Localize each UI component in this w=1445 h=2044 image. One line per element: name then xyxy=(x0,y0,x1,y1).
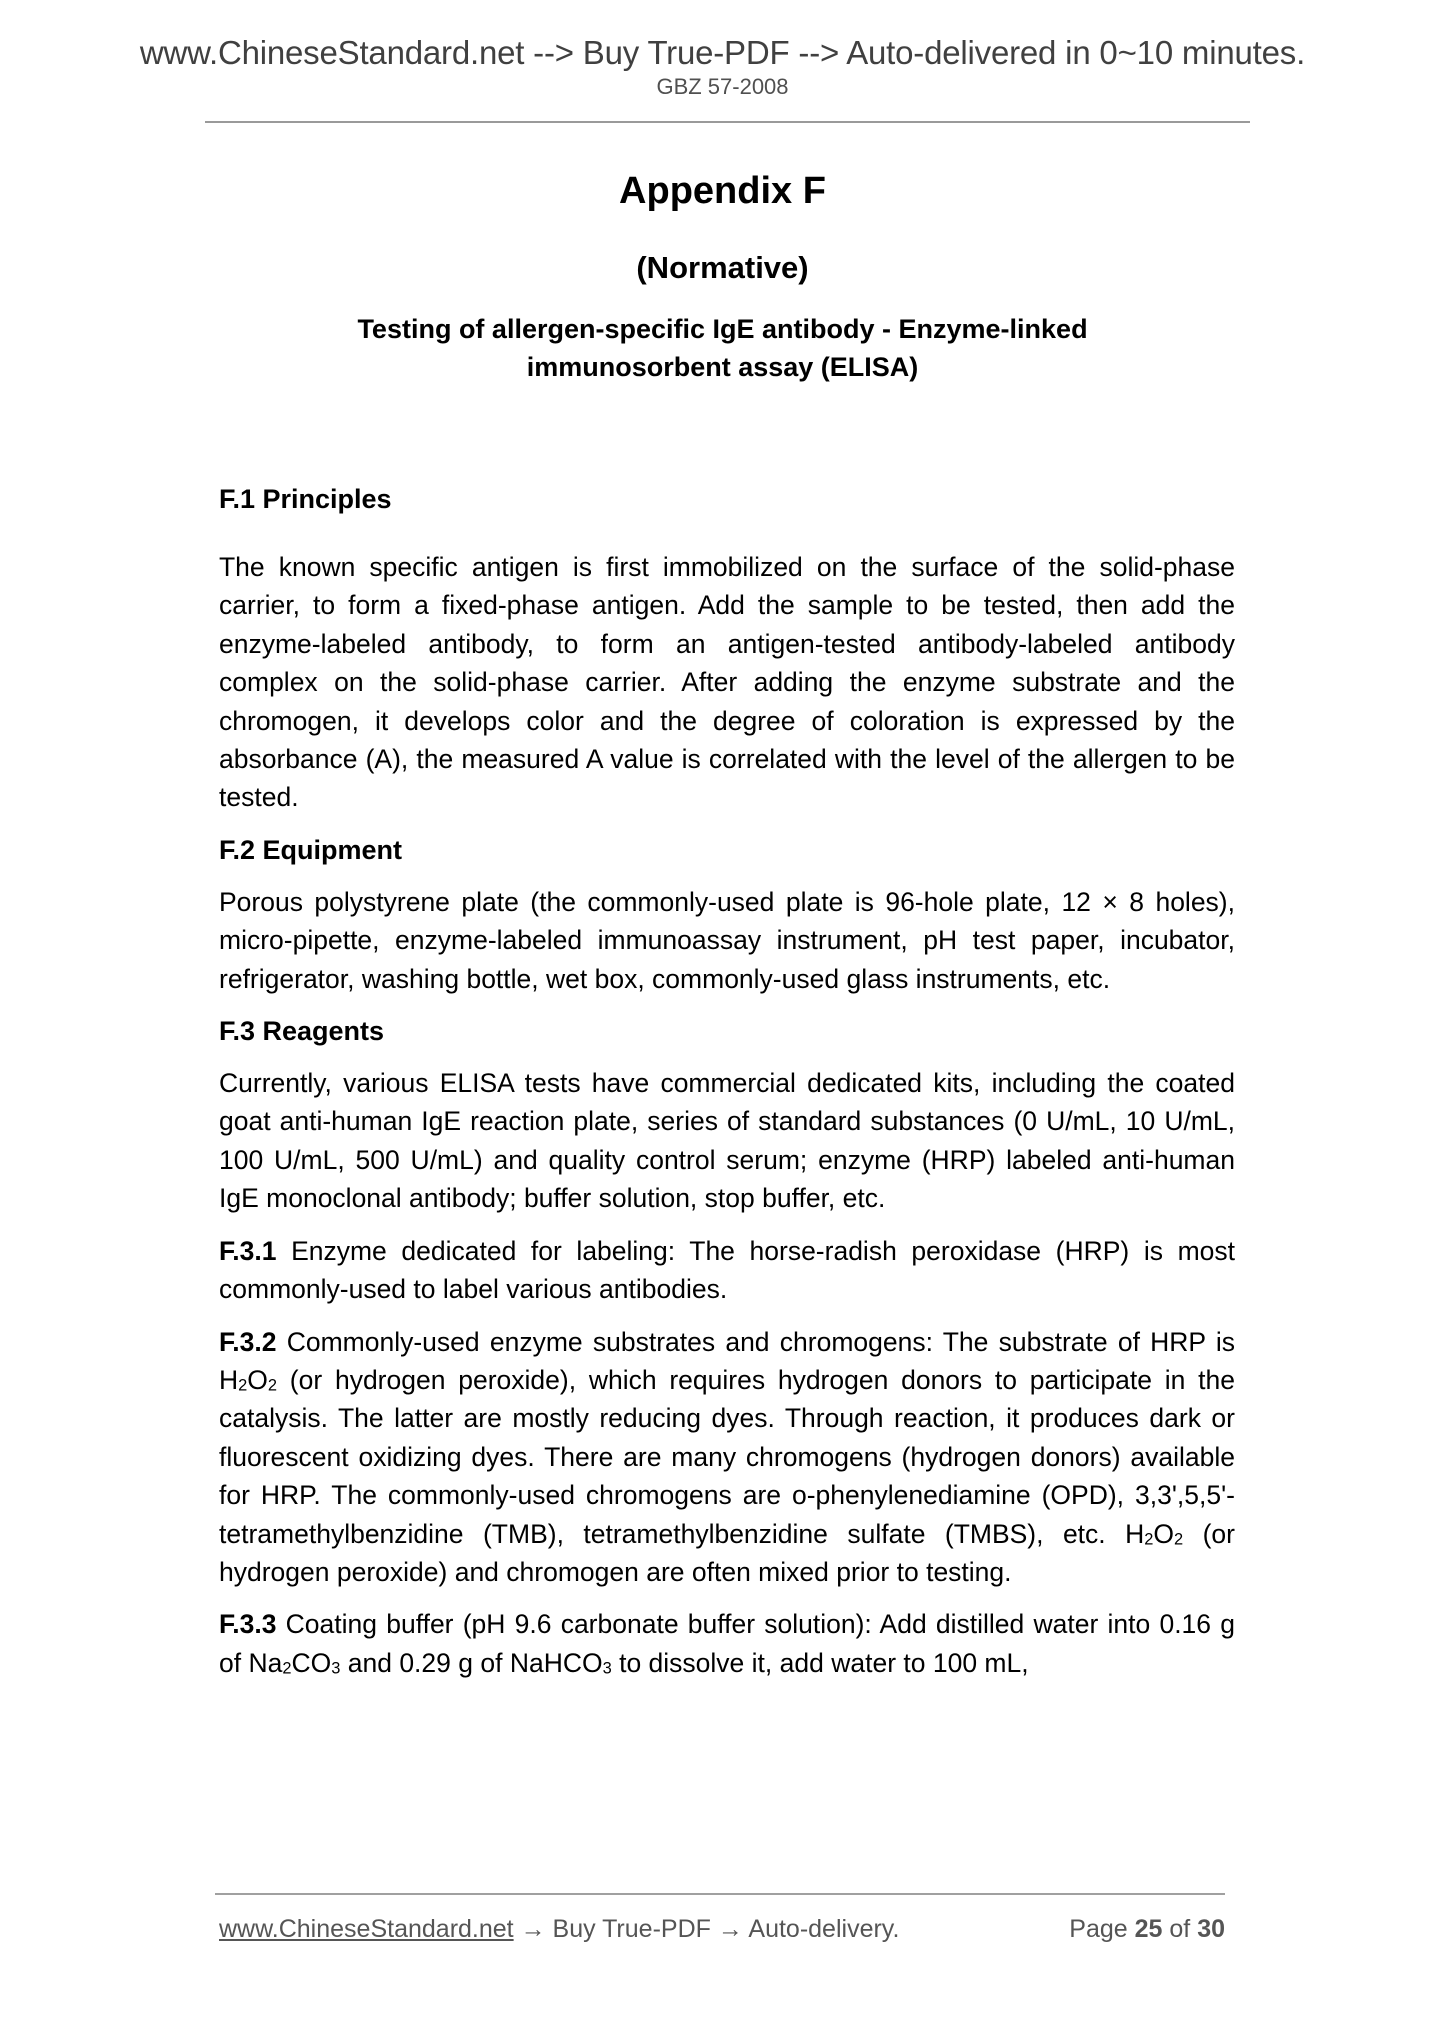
header-divider xyxy=(205,121,1250,123)
of-label: of xyxy=(1169,1915,1190,1943)
clause-text: O xyxy=(247,1365,268,1395)
subtitle-line-1: Testing of allergen-specific IgE antibod… xyxy=(0,310,1445,348)
document-body: F.1 Principles The known specific antige… xyxy=(219,480,1235,1682)
subscript: 2 xyxy=(238,1377,247,1395)
page-label: Page xyxy=(1069,1915,1127,1943)
total-pages: 30 xyxy=(1197,1915,1225,1943)
clause-text: O xyxy=(1153,1519,1174,1549)
section-heading-f1: F.1 Principles xyxy=(219,480,1235,518)
appendix-title: Appendix F xyxy=(0,172,1445,210)
subtitle-line-2: immunosorbent assay (ELISA) xyxy=(0,348,1445,386)
paragraph-f31: F.3.1 Enzyme dedicated for labeling: The… xyxy=(219,1232,1235,1309)
footer-site-link[interactable]: www.ChineseStandard.net xyxy=(219,1915,514,1943)
subscript: 2 xyxy=(268,1377,277,1395)
subscript: 3 xyxy=(603,1659,612,1677)
clause-number: F.3.2 xyxy=(219,1327,276,1357)
section-heading-f2: F.2 Equipment xyxy=(219,831,1235,869)
footer-divider xyxy=(215,1893,1225,1895)
subscript: 3 xyxy=(331,1659,340,1677)
section-heading-f3: F.3 Reagents xyxy=(219,1012,1235,1050)
paragraph-f1: The known specific antigen is first immo… xyxy=(219,548,1235,817)
subscript: 2 xyxy=(1174,1530,1183,1548)
paragraph-f33: F.3.3 Coating buffer (pH 9.6 carbonate b… xyxy=(219,1605,1235,1682)
clause-text: to dissolve it, add water to 100 mL, xyxy=(612,1648,1029,1678)
normative-label: (Normative) xyxy=(0,252,1445,283)
document-code: GBZ 57-2008 xyxy=(0,76,1445,98)
page-footer: www.ChineseStandard.net → Buy True-PDF →… xyxy=(219,1917,1225,1942)
paragraph-f32: F.3.2 Commonly-used enzyme substrates an… xyxy=(219,1323,1235,1592)
footer-promo: www.ChineseStandard.net → Buy True-PDF →… xyxy=(219,1917,899,1942)
top-banner: www.ChineseStandard.net --> Buy True-PDF… xyxy=(0,36,1445,69)
current-page: 25 xyxy=(1135,1915,1163,1943)
clause-text: (or hydrogen peroxide), which requires h… xyxy=(219,1365,1235,1549)
clause-text: CO xyxy=(291,1648,331,1678)
clause-text: Enzyme dedicated for labeling: The horse… xyxy=(219,1236,1235,1304)
appendix-subtitle: Testing of allergen-specific IgE antibod… xyxy=(0,310,1445,386)
paragraph-f3: Currently, various ELISA tests have comm… xyxy=(219,1064,1235,1218)
clause-number: F.3.3 xyxy=(219,1609,276,1639)
page-number: Page 25 of 30 xyxy=(1069,1917,1225,1942)
clause-text: and 0.29 g of NaHCO xyxy=(340,1648,602,1678)
paragraph-f2: Porous polystyrene plate (the commonly-u… xyxy=(219,883,1235,998)
footer-promo-text: → Buy True-PDF → Auto-delivery. xyxy=(514,1915,900,1943)
clause-number: F.3.1 xyxy=(219,1236,276,1266)
